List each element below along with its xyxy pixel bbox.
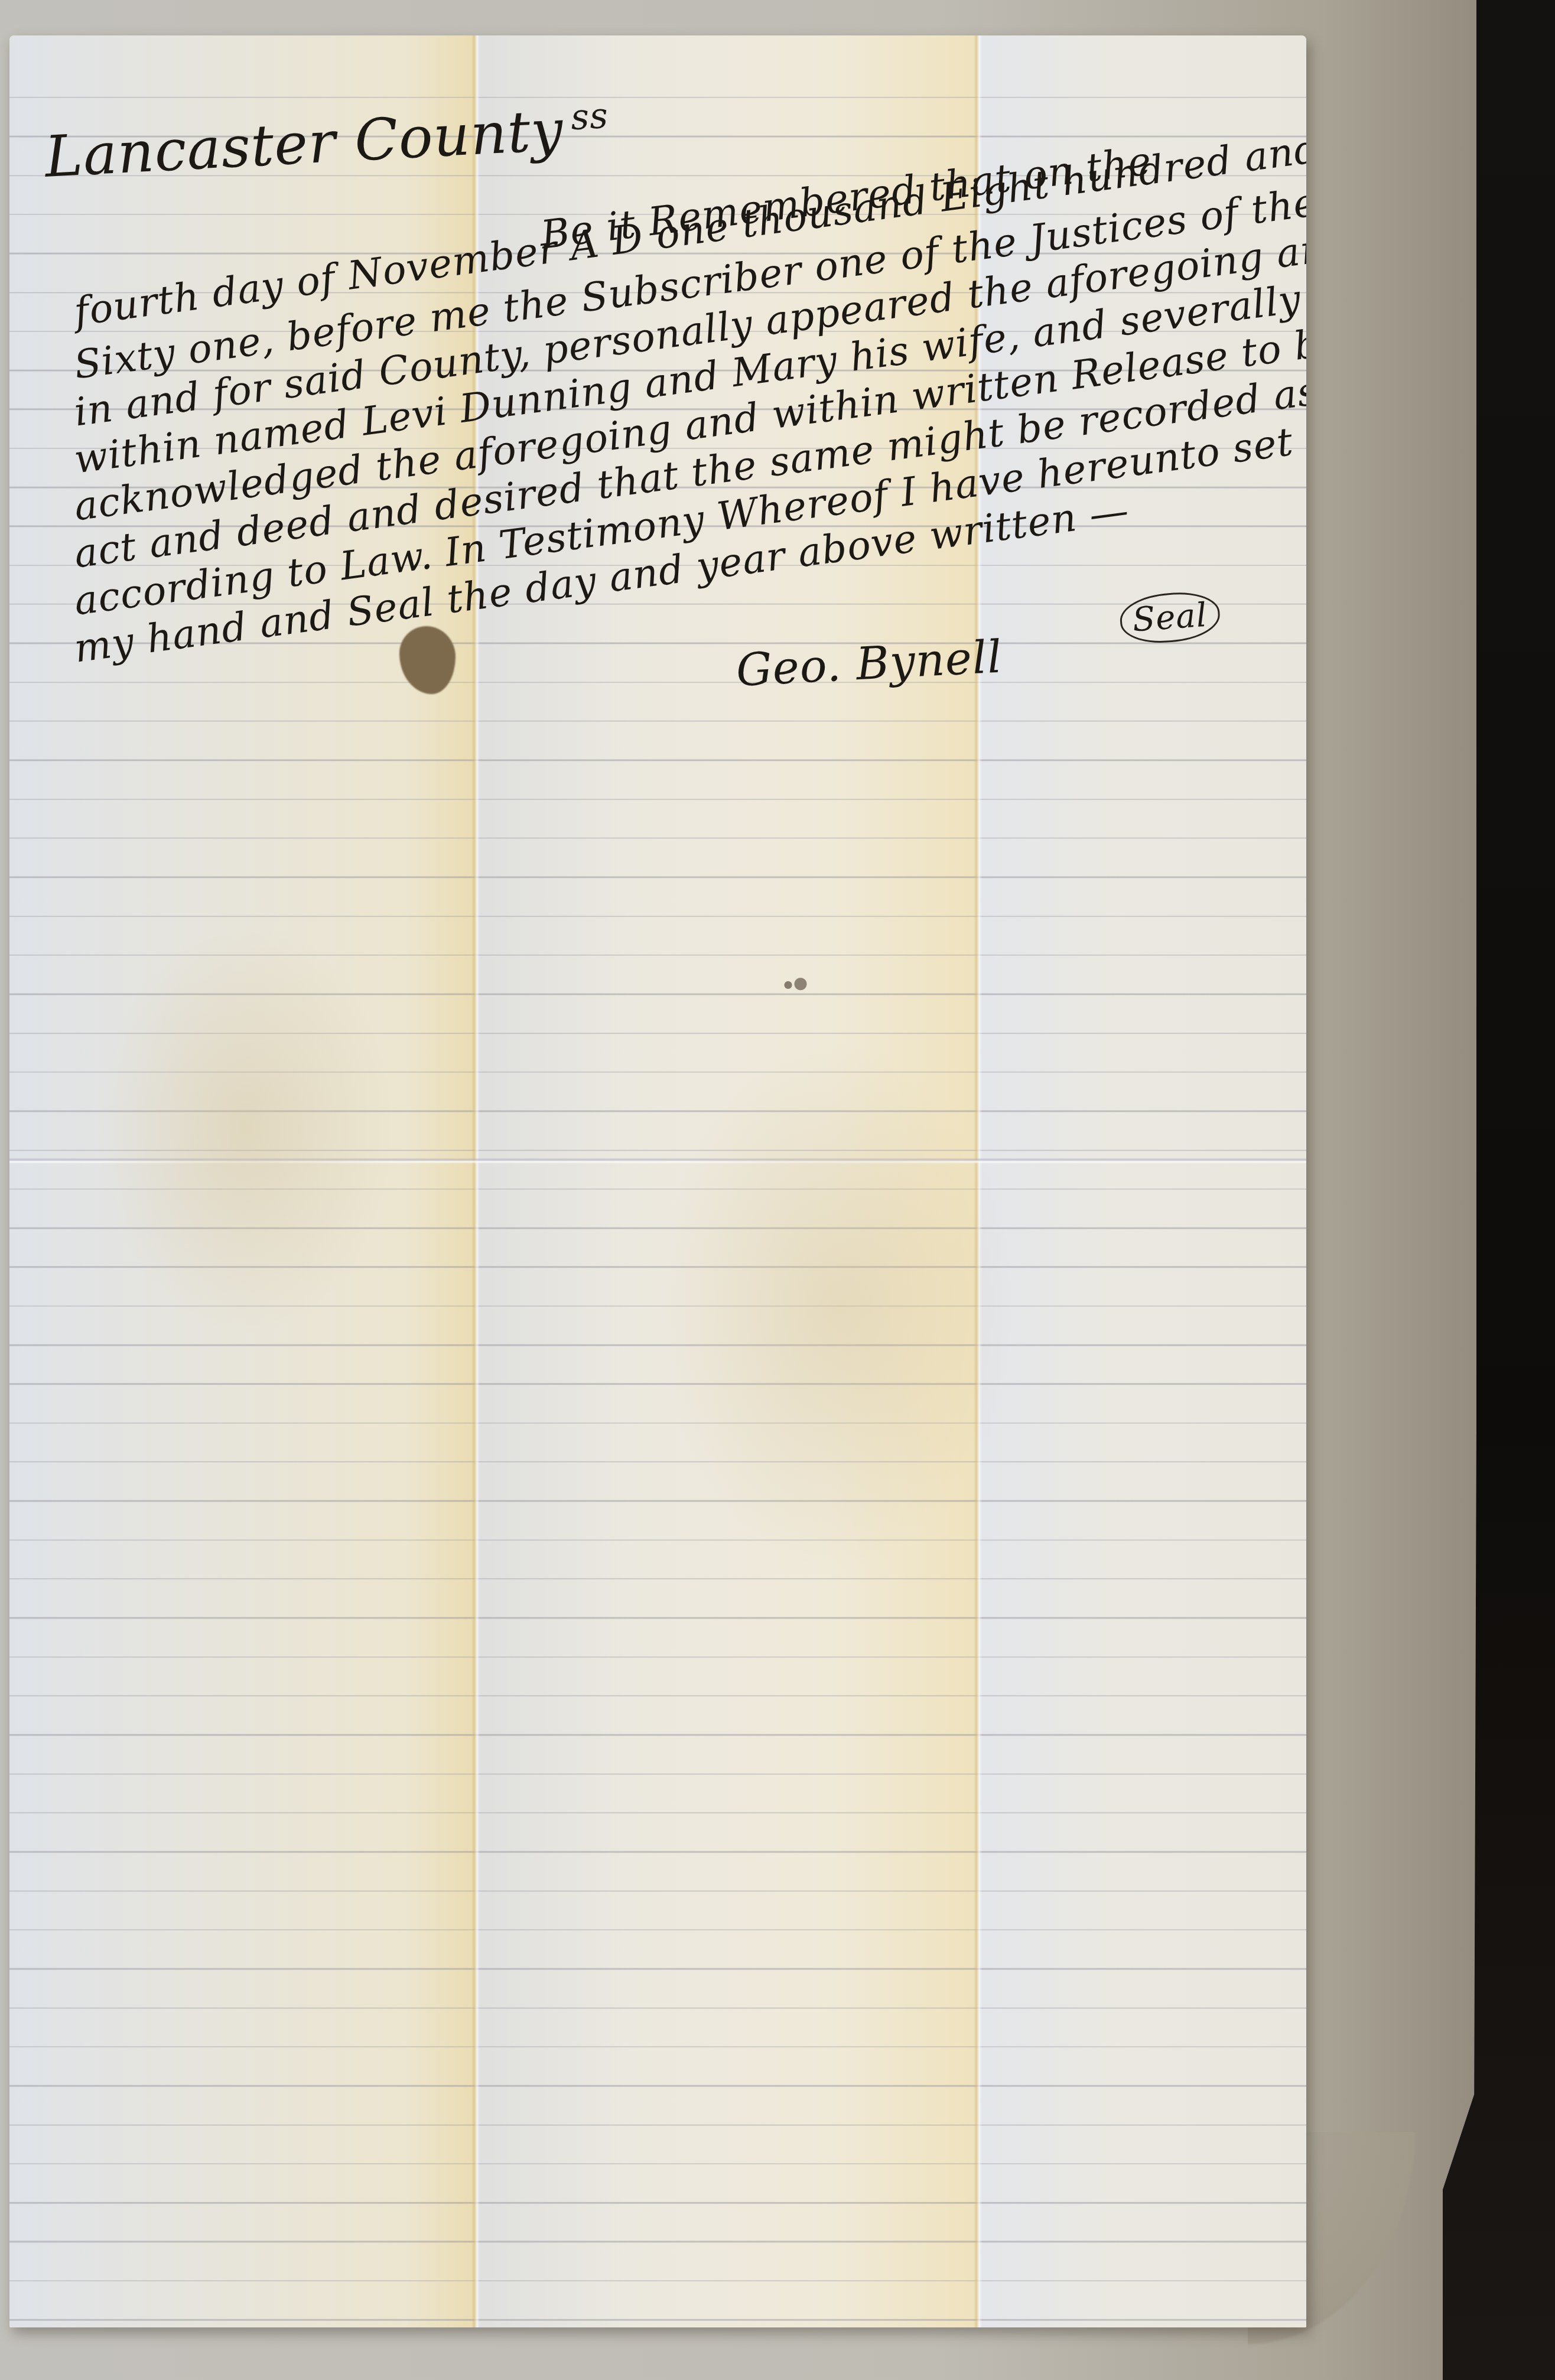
water-stain (659, 1040, 1014, 1571)
heading-mark: ss (570, 95, 609, 138)
ink-spots (777, 975, 813, 995)
water-stain (98, 922, 393, 1335)
document-paper: Lancaster Countyss Be it Remembered that… (9, 35, 1306, 2327)
